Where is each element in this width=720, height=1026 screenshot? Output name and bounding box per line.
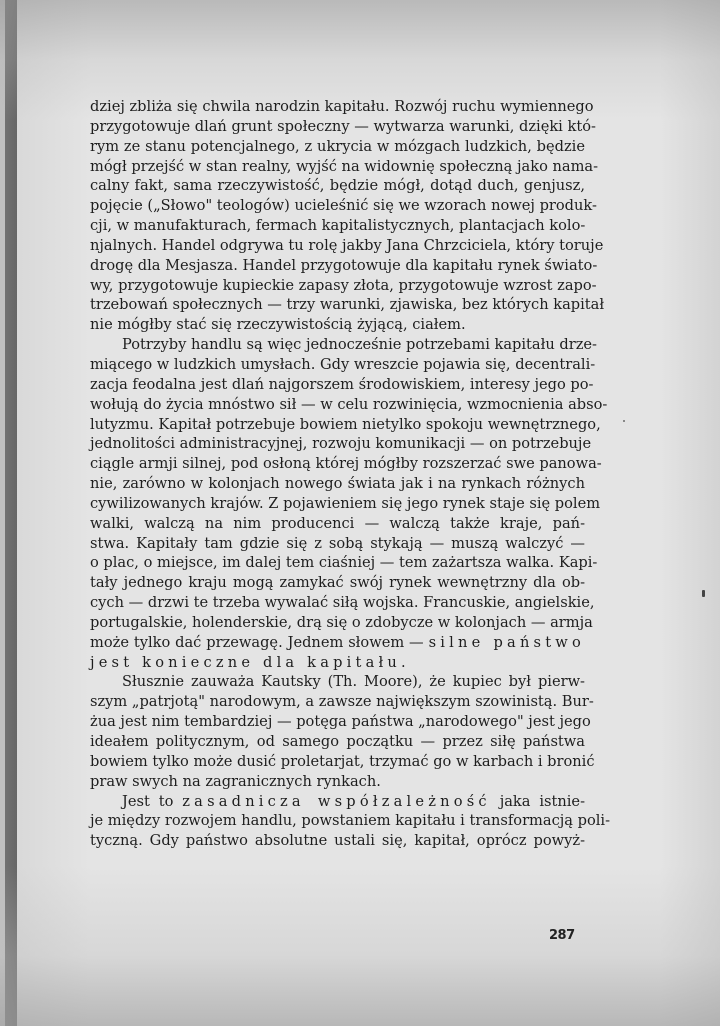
text-line: cywilizowanych krajów. Z pojawieniem się… xyxy=(90,494,585,514)
text-line: wołują do życia mnóstwo sił — w celu roz… xyxy=(90,395,585,415)
page-body-text: dziej zbliża się chwila narodzin kapitał… xyxy=(90,97,585,851)
page-number: 287 xyxy=(549,928,575,943)
text-line: praw swych na zagranicznych rynkach. xyxy=(90,772,585,792)
paragraph-4: Jest to zasadnicza współzależność jaka i… xyxy=(90,792,585,852)
text-line: Potrzyby handlu są więc jednocześnie pot… xyxy=(90,335,585,355)
text-segment: jaka istnie- xyxy=(500,793,585,810)
text-line: jednolitości administracyjnej, rozwoju k… xyxy=(90,434,585,454)
text-line: cji, w manufakturach, fermach kapitalist… xyxy=(90,216,585,236)
scan-artifact-speck xyxy=(702,590,705,597)
text-line: walki, walczą na nim producenci — walczą… xyxy=(90,514,585,534)
spaced-emphasis: silne państwo xyxy=(429,634,585,651)
text-line: o plac, o miejsce, im dalej tem ciaśniej… xyxy=(90,553,585,573)
book-binding-shadow xyxy=(5,0,17,1026)
text-line: Słusznie zauważa Kautsky (Th. Moore), że… xyxy=(90,672,585,692)
text-line: mógł przejść w stan realny, wyjść na wid… xyxy=(90,157,585,177)
text-line: pojęcie („Słowo" teologów) ucieleśnić si… xyxy=(90,196,585,216)
text-line: njalnych. Handel odgrywa tu rolę jakby J… xyxy=(90,236,585,256)
text-line: je między rozwojem handlu, powstaniem ka… xyxy=(90,811,585,831)
text-line: calny fakt, sama rzeczywistość, będzie m… xyxy=(90,176,585,196)
text-line: tały jednego kraju mogą zamykać swój ryn… xyxy=(90,573,585,593)
text-line: stwa. Kapitały tam gdzie się z sobą styk… xyxy=(90,534,585,554)
text-line: ciągle armji silnej, pod osłoną której m… xyxy=(90,454,585,474)
paragraph-1: dziej zbliża się chwila narodzin kapitał… xyxy=(90,97,585,335)
spaced-emphasis: zasadnicza współzależność xyxy=(182,793,491,810)
text-line-with-emphasis: Jest to zasadnicza współzależność jaka i… xyxy=(90,792,585,812)
text-line: bowiem tylko może dusić proletarjat, trz… xyxy=(90,752,585,772)
text-line: portugalskie, holenderskie, drą się o zd… xyxy=(90,613,585,633)
text-line: szym „patrjotą" narodowym, a zawsze najw… xyxy=(90,692,585,712)
text-line: miącego w ludzkich umysłach. Gdy wreszci… xyxy=(90,355,585,375)
text-line: nie mógłby stać się rzeczywistością żyją… xyxy=(90,315,585,335)
text-line: drogę dla Mesjasza. Handel przygotowuje … xyxy=(90,256,585,276)
text-line-with-emphasis: może tylko dać przewagę. Jednem słowem —… xyxy=(90,633,585,653)
text-line: rym ze stanu potencjalnego, z ukrycia w … xyxy=(90,137,585,157)
paragraph-2: Potrzyby handlu są więc jednocześnie pot… xyxy=(90,335,585,672)
spaced-emphasis-line: jest konieczne dla kapitału. xyxy=(90,653,585,673)
text-line: dziej zbliża się chwila narodzin kapitał… xyxy=(90,97,585,117)
text-line: lutyzmu. Kapitał potrzebuje bowiem niety… xyxy=(90,415,585,435)
text-segment: Jest to xyxy=(122,793,173,810)
text-segment: może tylko dać przewagę. Jednem słowem — xyxy=(90,634,424,651)
paragraph-3: Słusznie zauważa Kautsky (Th. Moore), że… xyxy=(90,672,585,791)
text-line: zacja feodalna jest dlań najgorszem środ… xyxy=(90,375,585,395)
scan-artifact-dot xyxy=(623,420,625,422)
text-line: nie, zarówno w kolonjach nowego świata j… xyxy=(90,474,585,494)
text-line: żua jest nim tembardziej — potęga państw… xyxy=(90,712,585,732)
text-line: tyczną. Gdy państwo absolutne ustali się… xyxy=(90,831,585,851)
text-line: ideałem politycznym, od samego początku … xyxy=(90,732,585,752)
text-line: cych — drzwi te trzeba wywalać siłą wojs… xyxy=(90,593,585,613)
text-line: wy, przygotowuje kupieckie zapasy złota,… xyxy=(90,276,585,296)
text-line: trzebowań społecznych — trzy warunki, zj… xyxy=(90,295,585,315)
text-line: przygotowuje dlań grunt społeczny — wytw… xyxy=(90,117,585,137)
